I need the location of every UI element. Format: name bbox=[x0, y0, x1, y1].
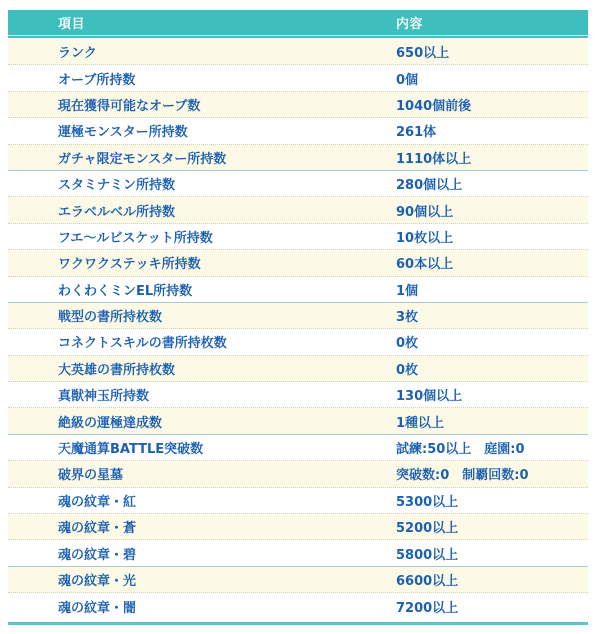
table-row-wakuwaku-min-el: わくわくミンEL所持数 1個 bbox=[8, 277, 588, 303]
table-row-soul-emblem-red: 魂の紋章・紅 5300以上 bbox=[8, 488, 588, 514]
table-row-luck-max-monsters: 運極モンスター所持数 261体 bbox=[8, 118, 588, 144]
header-item-column: 項目 bbox=[8, 13, 388, 32]
header-content-column: 内容 bbox=[388, 13, 588, 32]
row-value: 0枚 bbox=[388, 359, 588, 378]
row-label: 運極モンスター所持数 bbox=[8, 121, 388, 140]
row-value: 1個 bbox=[388, 280, 588, 299]
table-row-gacha-limited-monsters: ガチャ限定モンスター所持数 1110体以上 bbox=[8, 145, 588, 171]
row-label: 魂の紋章・光 bbox=[8, 570, 388, 589]
row-label: 魂の紋章・闇 bbox=[8, 597, 388, 616]
table-row-fueru-biscuit: フエ〜ルビスケット所持数 10枚以上 bbox=[8, 224, 588, 250]
row-label: 魂の紋章・紅 bbox=[8, 491, 388, 510]
row-label: 魂の紋章・蒼 bbox=[8, 517, 388, 536]
row-value: 10枚以上 bbox=[388, 227, 588, 246]
row-value: 5300以上 bbox=[388, 491, 588, 510]
row-value: 1種以上 bbox=[388, 412, 588, 431]
table-row-soul-emblem-blue: 魂の紋章・蒼 5200以上 bbox=[8, 514, 588, 540]
row-label: 天魔通算BATTLE突破数 bbox=[8, 438, 388, 457]
row-value: 3枚 bbox=[388, 306, 588, 325]
table-row-hakai-no-seibo: 破界の星墓 突破数:0 制覇回数:0 bbox=[8, 461, 588, 487]
row-label: ランク bbox=[8, 42, 388, 61]
table-row-soul-emblem-green: 魂の紋章・碧 5800以上 bbox=[8, 540, 588, 566]
table-header-row: 項目 内容 bbox=[8, 10, 588, 35]
row-value: 130個以上 bbox=[388, 385, 588, 404]
table-row-staminamin: スタミナミン所持数 280個以上 bbox=[8, 171, 588, 197]
row-value: 90個以上 bbox=[388, 201, 588, 220]
row-value: 5800以上 bbox=[388, 544, 588, 563]
table-body: ランク 650以上 オーブ所持数 0個 現在獲得可能なオーブ数 1040個前後 … bbox=[8, 39, 588, 620]
row-label: 破界の星墓 bbox=[8, 464, 388, 483]
row-label: 大英雄の書所持枚数 bbox=[8, 359, 388, 378]
row-label: 真獣神玉所持数 bbox=[8, 385, 388, 404]
table-row-eraberuberu: エラベルベル所持数 90個以上 bbox=[8, 197, 588, 223]
row-label: フエ〜ルビスケット所持数 bbox=[8, 227, 388, 246]
row-value: 280個以上 bbox=[388, 174, 588, 193]
row-value: 0枚 bbox=[388, 332, 588, 351]
row-label: 絶級の運極達成数 bbox=[8, 412, 388, 431]
table-bottom-border bbox=[8, 620, 588, 625]
row-label: エラベルベル所持数 bbox=[8, 201, 388, 220]
row-label: コネクトスキルの書所持枚数 bbox=[8, 332, 388, 351]
row-label: 魂の紋章・碧 bbox=[8, 544, 388, 563]
table-row-zetsukyu-luck-max: 絶級の運極達成数 1種以上 bbox=[8, 408, 588, 434]
row-value: 0個 bbox=[388, 69, 588, 88]
row-value: 60本以上 bbox=[388, 253, 588, 272]
row-label: ガチャ限定モンスター所持数 bbox=[8, 148, 388, 167]
row-label: 現在獲得可能なオーブ数 bbox=[8, 95, 388, 114]
row-label: スタミナミン所持数 bbox=[8, 174, 388, 193]
row-value: 261体 bbox=[388, 121, 588, 140]
table-row-wakuwaku-stick: ワクワクステッキ所持数 60本以上 bbox=[8, 250, 588, 276]
table-row-true-beast-god-orb: 真獣神玉所持数 130個以上 bbox=[8, 382, 588, 408]
row-value: 6600以上 bbox=[388, 570, 588, 589]
table-row-rank: ランク 650以上 bbox=[8, 39, 588, 65]
row-value: 1110体以上 bbox=[388, 148, 588, 167]
row-label: オーブ所持数 bbox=[8, 69, 388, 88]
row-value: 7200以上 bbox=[388, 597, 588, 616]
table-row-obtainable-orbs: 現在獲得可能なオーブ数 1040個前後 bbox=[8, 92, 588, 118]
row-label: ワクワクステッキ所持数 bbox=[8, 253, 388, 272]
account-spec-table: 項目 内容 ランク 650以上 オーブ所持数 0個 現在獲得可能なオーブ数 10… bbox=[8, 10, 588, 625]
table-row-great-hero-book: 大英雄の書所持枚数 0枚 bbox=[8, 356, 588, 382]
row-label: 戦型の書所持枚数 bbox=[8, 306, 388, 325]
table-row-soul-emblem-dark: 魂の紋章・闇 7200以上 bbox=[8, 593, 588, 619]
row-value: 突破数:0 制覇回数:0 bbox=[388, 464, 588, 483]
table-row-orb-count: オーブ所持数 0個 bbox=[8, 65, 588, 91]
row-value: 1040個前後 bbox=[388, 95, 588, 114]
table-row-soul-emblem-light: 魂の紋章・光 6600以上 bbox=[8, 567, 588, 593]
row-label: わくわくミンEL所持数 bbox=[8, 280, 388, 299]
row-value: 650以上 bbox=[388, 42, 588, 61]
row-value: 試練:50以上 庭園:0 bbox=[388, 438, 588, 457]
table-row-tenma-battle: 天魔通算BATTLE突破数 試練:50以上 庭園:0 bbox=[8, 435, 588, 461]
row-value: 5200以上 bbox=[388, 517, 588, 536]
table-row-connect-skill-book: コネクトスキルの書所持枚数 0枚 bbox=[8, 329, 588, 355]
table-row-battle-type-book: 戦型の書所持枚数 3枚 bbox=[8, 303, 588, 329]
